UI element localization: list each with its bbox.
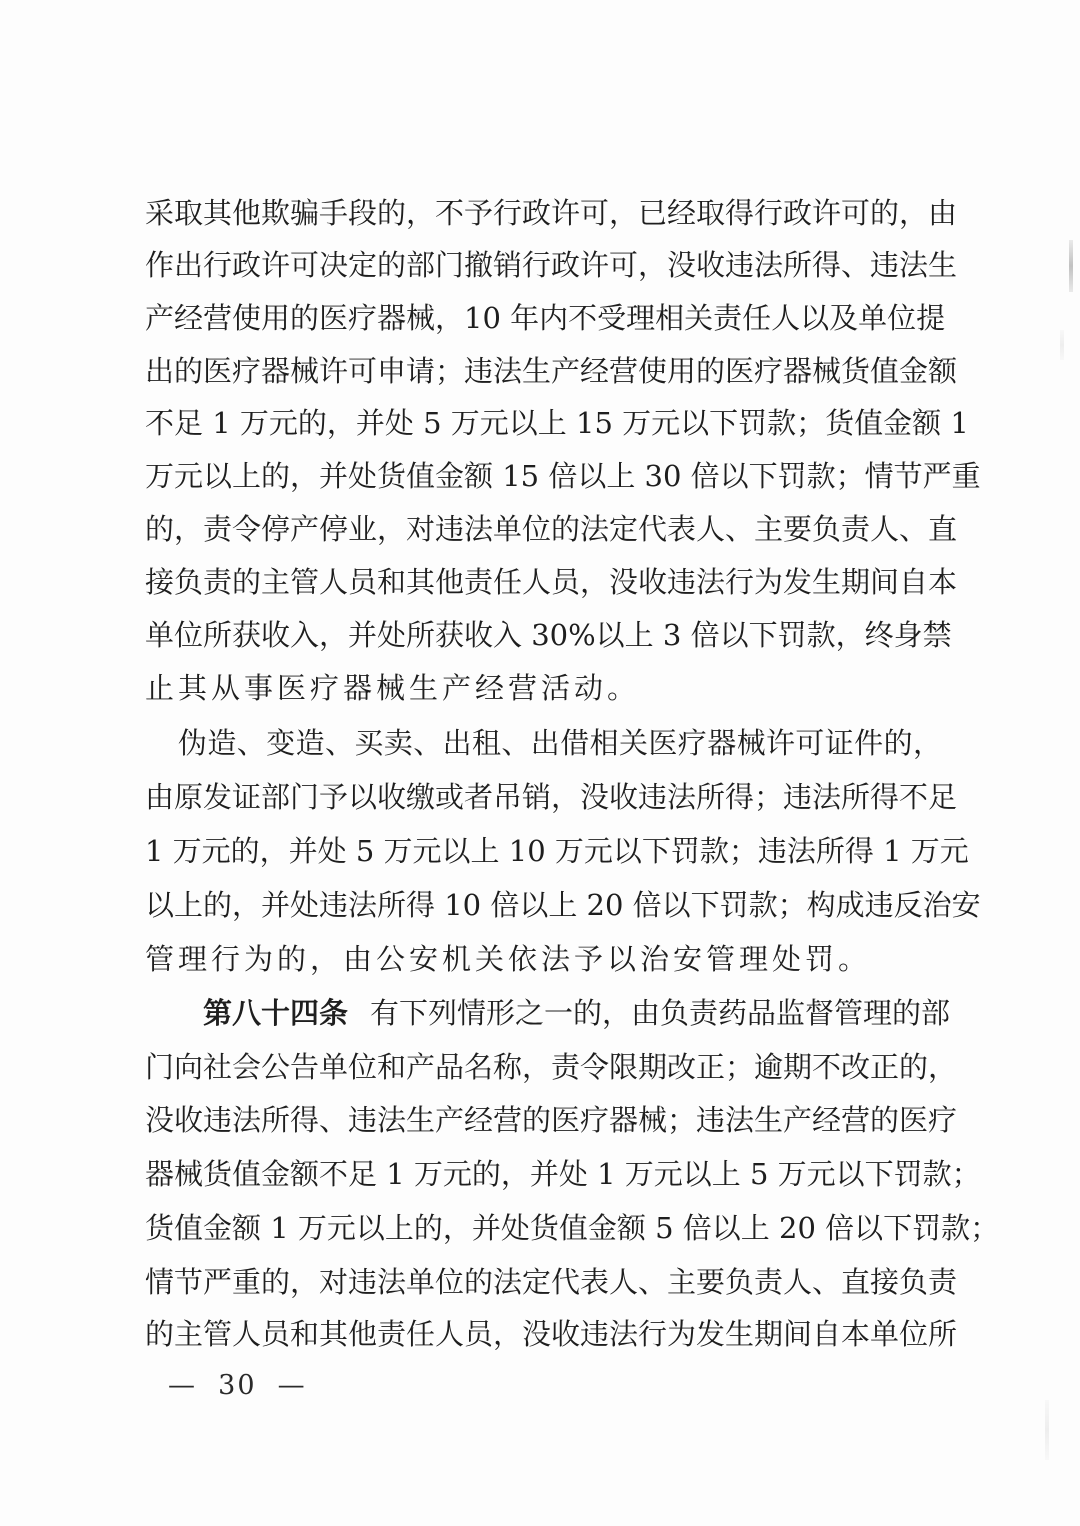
text-line: 由原发证部门予以收缴或者吊销，没收违法所得；违法所得不足	[145, 777, 942, 817]
text-line: 止其从事医疗器械生产经营活动。	[145, 668, 942, 708]
text-line: 没收违法所得、违法生产经营的医疗器械；违法生产经营的医疗	[145, 1100, 942, 1140]
article-first-line: 第八十四条有下列情形之一的，由负责药品监督管理的部	[203, 993, 942, 1033]
text-line: 接负责的主管人员和其他责任人员，没收违法行为发生期间自本	[145, 562, 942, 602]
text-line: 以上的，并处违法所得 10 倍以上 20 倍以下罚款；构成违反治安	[145, 885, 942, 925]
document-page: 采取其他欺骗手段的，不予行政许可，已经取得行政许可的，由 作出行政许可决定的部门…	[0, 0, 1080, 1526]
page-number: — 30 —	[168, 1368, 307, 1404]
text-line: 门向社会公告单位和产品名称，责令限期改正；逾期不改正的，	[145, 1047, 942, 1087]
article-title: 第八十四条	[203, 996, 348, 1030]
text-line: 器械货值金额不足 1 万元的，并处 1 万元以上 5 万元以下罚款；	[145, 1154, 942, 1194]
article-first-line-text: 有下列情形之一的，由负责药品监督管理的部	[370, 996, 950, 1030]
scan-edge-mark	[1045, 1400, 1049, 1460]
text-line: 的主管人员和其他责任人员，没收违法行为发生期间自本单位所	[145, 1314, 942, 1354]
text-line: 的，责令停产停业，对违法单位的法定代表人、主要负责人、直	[145, 509, 942, 549]
text-line: 采取其他欺骗手段的，不予行政许可，已经取得行政许可的，由	[145, 193, 942, 233]
paragraph-first-line: 伪造、变造、买卖、出租、出借相关医疗器械许可证件的，	[178, 723, 942, 763]
text-line: 1 万元的，并处 5 万元以上 10 万元以下罚款；违法所得 1 万元	[145, 831, 942, 871]
text-line: 产经营使用的医疗器械，10 年内不受理相关责任人以及单位提	[145, 298, 942, 338]
text-line: 管理行为的，由公安机关依法予以治安管理处罚。	[145, 939, 942, 979]
text-line: 单位所获收入，并处所获收入 30%以上 3 倍以下罚款，终身禁	[145, 615, 942, 655]
text-line: 出的医疗器械许可申请；违法生产经营使用的医疗器械货值金额	[145, 351, 942, 391]
text-line: 情节严重的，对违法单位的法定代表人、主要负责人、直接负责	[145, 1262, 942, 1302]
text-line: 作出行政许可决定的部门撤销行政许可，没收违法所得、违法生	[145, 245, 942, 285]
text-line: 货值金额 1 万元以上的，并处货值金额 5 倍以上 20 倍以下罚款；	[145, 1208, 942, 1248]
text-line: 万元以上的，并处货值金额 15 倍以上 30 倍以下罚款；情节严重	[145, 456, 942, 496]
text-line: 不足 1 万元的，并处 5 万元以上 15 万元以下罚款；货值金额 1	[145, 403, 942, 443]
scan-edge-mark	[1060, 330, 1064, 360]
scan-edge-mark	[1069, 240, 1073, 292]
